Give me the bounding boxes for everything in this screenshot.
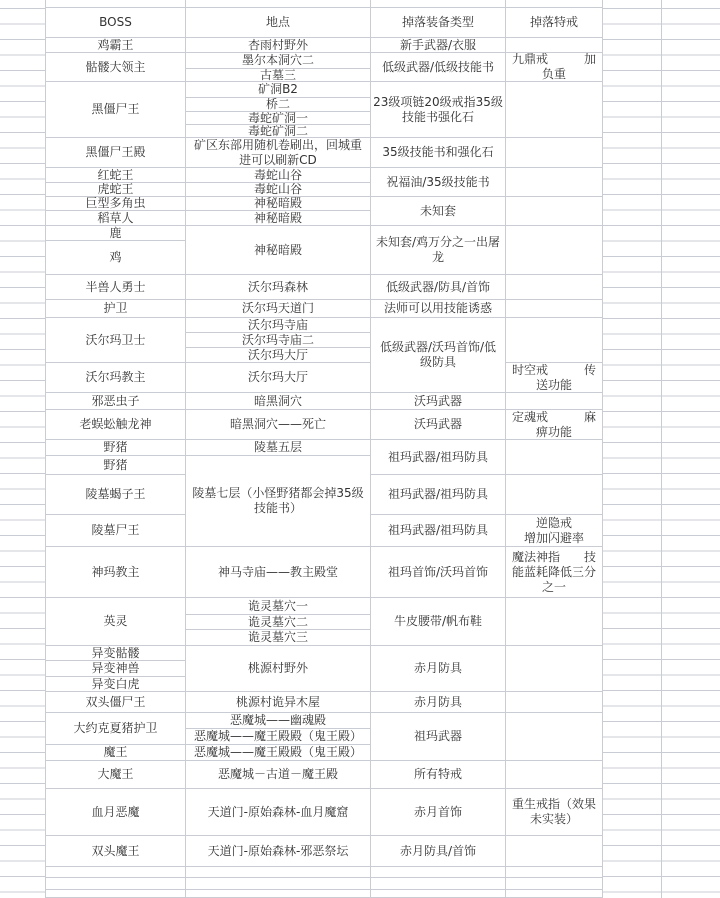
empty-cell[interactable] — [506, 890, 603, 898]
ring-cell[interactable]: 时空戒 传送功能 — [506, 363, 603, 393]
empty-cell[interactable] — [46, 890, 186, 898]
empty-cell[interactable] — [506, 867, 603, 878]
empty-cell[interactable] — [506, 692, 603, 713]
boss-cell[interactable]: 红蛇王 — [46, 168, 186, 183]
boss-cell[interactable]: 老蜈蚣触龙神 — [46, 410, 186, 440]
boss-cell[interactable]: 双头魔王 — [46, 836, 186, 867]
drop-type-cell[interactable]: 祖玛武器/祖玛防具 — [371, 475, 506, 515]
location-cell[interactable]: 陵墓七层（小怪野猪都会掉35级技能书） — [186, 456, 371, 547]
drop-type-cell[interactable]: 牛皮腰带/帆布鞋 — [371, 598, 506, 646]
boss-cell[interactable]: 黑僵尸王殿 — [46, 138, 186, 168]
ring-cell[interactable]: 定魂戒 麻痹功能 — [506, 410, 603, 440]
location-cell[interactable]: 杏雨村野外 — [186, 38, 371, 53]
drop-type-cell[interactable]: 低级武器/低级技能书 — [371, 53, 506, 82]
location-cell[interactable]: 沃尔玛大厅 — [186, 363, 371, 393]
column-header[interactable]: 地点 — [186, 8, 371, 38]
location-cell[interactable]: 恶魔城——幽魂殿 — [186, 713, 371, 729]
empty-cell[interactable] — [506, 138, 603, 168]
location-cell[interactable]: 沃尔玛天道门 — [186, 300, 371, 318]
drop-type-cell[interactable]: 赤月首饰 — [371, 789, 506, 836]
boss-cell[interactable]: 大约克夏猪护卫 — [46, 713, 186, 745]
boss-cell[interactable]: 护卫 — [46, 300, 186, 318]
drop-type-cell[interactable]: 未知套 — [371, 197, 506, 226]
location-cell[interactable]: 墨尔本洞穴二 — [186, 53, 371, 69]
column-header[interactable]: BOSS — [46, 8, 186, 38]
location-cell[interactable]: 天道门-原始森林-邪恶祭坛 — [186, 836, 371, 867]
boss-cell[interactable]: 陵墓尸王 — [46, 515, 186, 547]
ring-cell[interactable]: 魔法神指 技能蓝耗降低三分之一 — [506, 547, 603, 598]
location-cell[interactable]: 恶魔城——魔王殿殿（鬼王殿） — [186, 729, 371, 745]
drop-type-cell[interactable]: 沃玛武器 — [371, 410, 506, 440]
drop-type-cell[interactable]: 低级武器/沃玛首饰/低级防具 — [371, 318, 506, 393]
empty-cell[interactable] — [506, 761, 603, 789]
drop-type-cell[interactable]: 赤月防具 — [371, 692, 506, 713]
boss-cell[interactable]: 血月恶魔 — [46, 789, 186, 836]
boss-cell[interactable]: 异变白虎 — [46, 677, 186, 692]
empty-cell[interactable] — [371, 890, 506, 898]
location-cell[interactable]: 桥二 — [186, 98, 371, 112]
boss-cell[interactable]: 神玛教主 — [46, 547, 186, 598]
location-cell[interactable]: 恶魔城——魔王殿殿（鬼王殿） — [186, 745, 371, 761]
boss-cell[interactable]: 大魔王 — [46, 761, 186, 789]
boss-cell[interactable]: 沃尔玛卫士 — [46, 318, 186, 363]
boss-cell[interactable]: 稻草人 — [46, 211, 186, 226]
spreadsheet: BOSS地点掉落装备类型掉落特戒鸡霸王杏雨村野外新手武器/衣服骷髅大领主墨尔本洞… — [0, 0, 720, 898]
boss-cell[interactable]: 魔王 — [46, 745, 186, 761]
empty-cell[interactable] — [506, 713, 603, 761]
empty-cell[interactable] — [506, 836, 603, 867]
location-cell[interactable]: 诡灵墓穴一 — [186, 598, 371, 615]
empty-cell[interactable] — [46, 0, 186, 8]
boss-cell[interactable]: 陵墓蝎子王 — [46, 475, 186, 515]
empty-column-left[interactable] — [0, 0, 46, 898]
boss-cell[interactable]: 野猪 — [46, 440, 186, 456]
location-cell[interactable]: 矿洞B2 — [186, 82, 371, 98]
drop-type-cell[interactable]: 赤月防具 — [371, 646, 506, 692]
empty-cell[interactable] — [506, 646, 603, 692]
empty-cell[interactable] — [186, 890, 371, 898]
location-cell[interactable]: 古墓三 — [186, 69, 371, 82]
location-cell[interactable]: 桃源村诡异木屋 — [186, 692, 371, 713]
location-cell[interactable]: 神秘暗殿 — [186, 197, 371, 211]
location-cell[interactable]: 沃尔玛大厅 — [186, 348, 371, 363]
empty-cell[interactable] — [506, 226, 603, 275]
boss-cell[interactable]: 沃尔玛教主 — [46, 363, 186, 393]
empty-cell[interactable] — [506, 878, 603, 890]
empty-cell[interactable] — [506, 168, 603, 197]
location-cell[interactable]: 诡灵墓穴二 — [186, 615, 371, 630]
boss-cell[interactable]: 双头僵尸王 — [46, 692, 186, 713]
boss-cell[interactable]: 邪恶虫子 — [46, 393, 186, 410]
location-cell[interactable]: 诡灵墓穴三 — [186, 630, 371, 646]
empty-cell[interactable] — [506, 318, 603, 363]
location-cell[interactable]: 暗黑洞穴——死亡 — [186, 410, 371, 440]
location-cell[interactable]: 毒蛇山谷 — [186, 183, 371, 197]
drop-type-cell[interactable]: 35级技能书和强化石 — [371, 138, 506, 168]
drop-type-cell[interactable]: 法师可以用技能诱惑 — [371, 300, 506, 318]
empty-cell[interactable] — [506, 0, 603, 8]
location-cell[interactable]: 神秘暗殿 — [186, 211, 371, 226]
boss-cell[interactable]: 巨型多角虫 — [46, 197, 186, 211]
empty-cell[interactable] — [371, 867, 506, 878]
location-cell[interactable]: 沃尔玛寺庙二 — [186, 333, 371, 348]
empty-cell[interactable] — [371, 878, 506, 890]
location-cell[interactable]: 天道门-原始森林-血月魔窟 — [186, 789, 371, 836]
drop-type-cell[interactable]: 祖玛武器/祖玛防具 — [371, 515, 506, 547]
drop-type-cell[interactable]: 祖玛武器 — [371, 713, 506, 761]
boss-cell[interactable]: 鸡霸王 — [46, 38, 186, 53]
boss-cell[interactable]: 鹿 — [46, 226, 186, 241]
empty-cell[interactable] — [506, 393, 603, 410]
location-cell[interactable]: 神秘暗殿 — [186, 226, 371, 275]
drop-type-cell[interactable]: 新手武器/衣服 — [371, 38, 506, 53]
empty-cell[interactable] — [371, 0, 506, 8]
column-header[interactable]: 掉落特戒 — [506, 8, 603, 38]
boss-cell[interactable]: 骷髅大领主 — [46, 53, 186, 82]
drop-type-cell[interactable]: 祖玛首饰/沃玛首饰 — [371, 547, 506, 598]
drop-type-cell[interactable]: 赤月防具/首饰 — [371, 836, 506, 867]
empty-cell[interactable] — [186, 867, 371, 878]
empty-columns-right[interactable] — [602, 0, 720, 898]
ring-cell[interactable]: 逆隐戒增加闪避率 — [506, 515, 603, 547]
drop-type-cell[interactable]: 低级武器/防具/首饰 — [371, 275, 506, 300]
location-cell[interactable]: 神马寺庙——教主殿堂 — [186, 547, 371, 598]
row-gridlines-left — [0, 8, 45, 898]
empty-cell[interactable] — [506, 598, 603, 646]
drop-type-cell[interactable]: 沃玛武器 — [371, 393, 506, 410]
boss-cell[interactable]: 野猪 — [46, 456, 186, 475]
empty-cell[interactable] — [46, 878, 186, 890]
empty-cell[interactable] — [506, 475, 603, 515]
drop-type-cell[interactable]: 祖玛武器/祖玛防具 — [371, 440, 506, 475]
location-cell[interactable]: 陵墓五层 — [186, 440, 371, 456]
boss-cell[interactable]: 鸡 — [46, 241, 186, 275]
drop-type-cell[interactable]: 祝福油/35级技能书 — [371, 168, 506, 197]
empty-cell[interactable] — [506, 440, 603, 475]
boss-cell[interactable]: 半兽人勇士 — [46, 275, 186, 300]
empty-cell[interactable] — [506, 38, 603, 53]
boss-cell[interactable]: 虎蛇王 — [46, 183, 186, 197]
location-cell[interactable]: 毒蛇矿洞二 — [186, 125, 371, 138]
location-cell[interactable]: 沃尔玛寺庙 — [186, 318, 371, 333]
location-cell[interactable]: 沃尔玛森林 — [186, 275, 371, 300]
drop-type-cell[interactable]: 23级项链20级戒指35级技能书强化石 — [371, 82, 506, 138]
column-divider — [661, 0, 662, 898]
location-cell[interactable]: 暗黑洞穴 — [186, 393, 371, 410]
location-cell[interactable]: 矿区东部用随机卷刷出，回城重进可以刷新CD — [186, 138, 371, 168]
location-cell[interactable]: 毒蛇山谷 — [186, 168, 371, 183]
empty-cell[interactable] — [506, 275, 603, 300]
empty-cell[interactable] — [46, 867, 186, 878]
drop-type-cell[interactable]: 未知套/鸡万分之一出屠龙 — [371, 226, 506, 275]
empty-cell[interactable] — [186, 0, 371, 8]
ring-cell[interactable]: 重生戒指（效果未实装） — [506, 789, 603, 836]
boss-cell[interactable]: 异变骷髅 — [46, 646, 186, 661]
location-cell[interactable]: 恶魔城－古道－魔王殿 — [186, 761, 371, 789]
boss-cell[interactable]: 黑僵尸王 — [46, 82, 186, 138]
empty-cell[interactable] — [506, 82, 603, 138]
location-cell[interactable]: 桃源村野外 — [186, 646, 371, 692]
ring-cell[interactable]: 九鼎戒 加负重 — [506, 53, 603, 82]
column-header[interactable]: 掉落装备类型 — [371, 8, 506, 38]
location-cell[interactable]: 毒蛇矿洞一 — [186, 112, 371, 125]
boss-cell[interactable]: 异变神兽 — [46, 661, 186, 677]
empty-cell[interactable] — [506, 300, 603, 318]
drop-type-cell[interactable]: 所有特戒 — [371, 761, 506, 789]
spreadsheet-grid: BOSS地点掉落装备类型掉落特戒鸡霸王杏雨村野外新手武器/衣服骷髅大领主墨尔本洞… — [46, 0, 603, 898]
boss-cell[interactable]: 英灵 — [46, 598, 186, 646]
empty-cell[interactable] — [506, 197, 603, 226]
empty-cell[interactable] — [186, 878, 371, 890]
